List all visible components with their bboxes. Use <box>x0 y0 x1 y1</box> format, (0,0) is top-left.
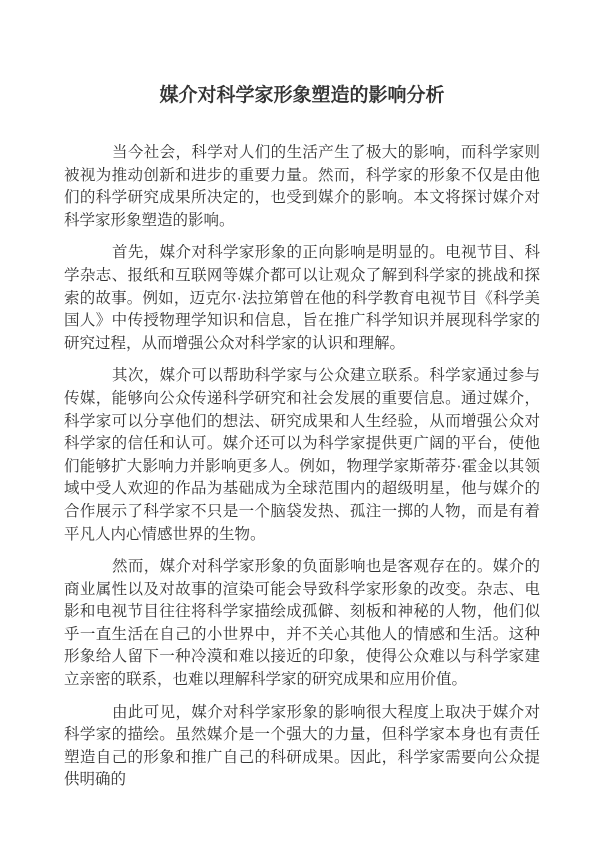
paragraph-public-connection: 其次，媒介可以帮助科学家与公众建立联系。科学家通过参与传媒，能够向公众传递科学研… <box>64 365 540 546</box>
document-title: 媒介对科学家形象塑造的影响分析 <box>64 83 540 109</box>
paragraph-positive-influence: 首先，媒介对科学家形象的正向影响是明显的。电视节目、科学杂志、报纸和互联网等媒介… <box>64 242 540 355</box>
document-page: 媒介对科学家形象塑造的影响分析 当今社会，科学对人们的生活产生了极大的影响，而科… <box>0 0 600 849</box>
paragraph-intro: 当今社会，科学对人们的生活产生了极大的影响，而科学家则被视为推动创新和进步的重要… <box>64 142 540 232</box>
paragraph-negative-influence: 然而，媒介对科学家形象的负面影响也是客观存在的。媒介的商业属性以及对故事的渲染可… <box>64 556 540 692</box>
paragraph-conclusion-truncated: 由此可见，媒介对科学家形象的影响很大程度上取决于媒介对科学家的描绘。虽然媒介是一… <box>64 702 540 792</box>
